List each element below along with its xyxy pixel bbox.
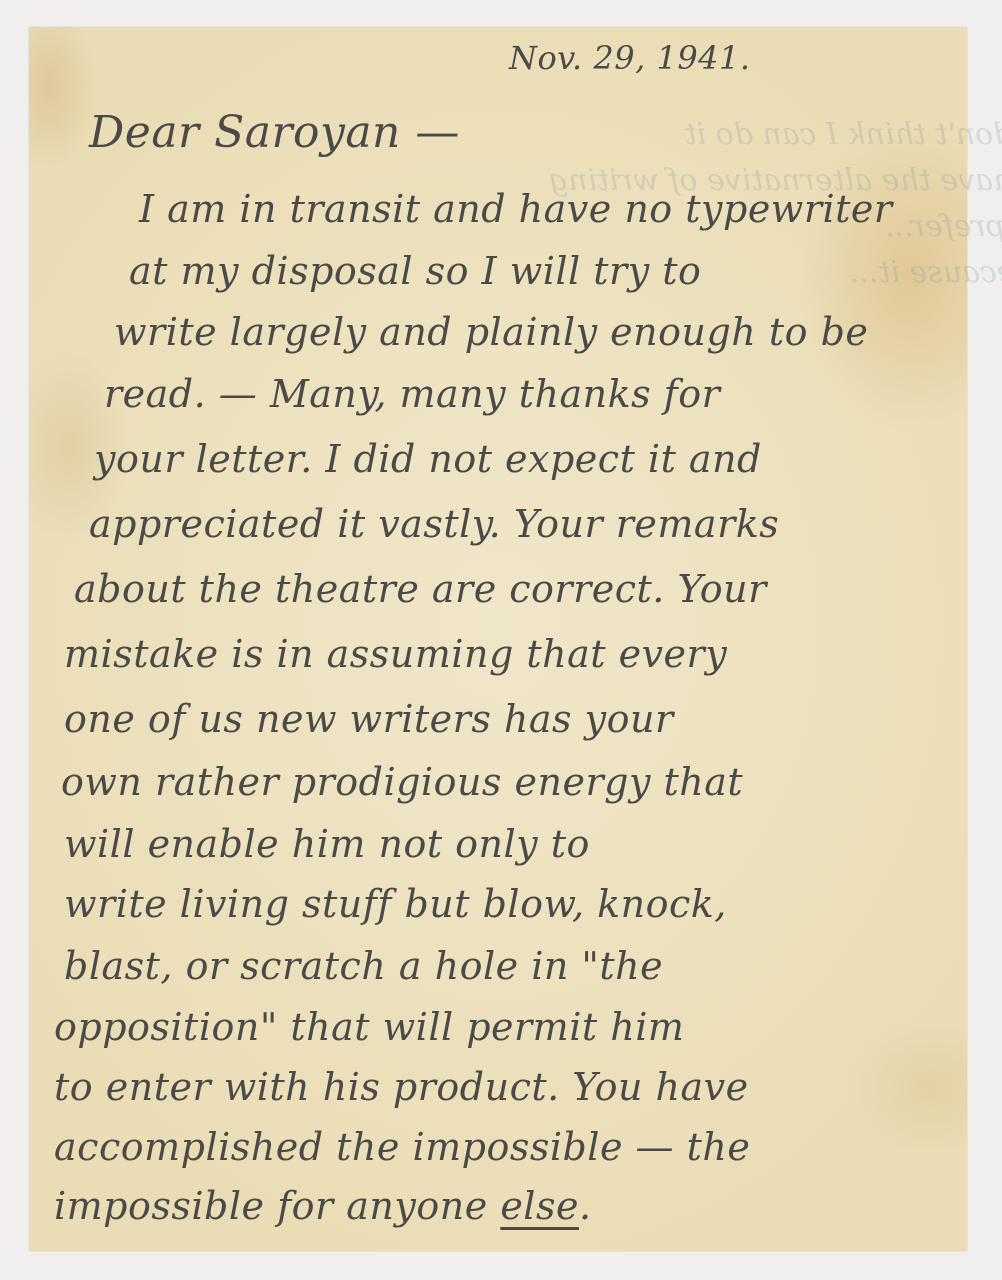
letter-line: your letter. I did not expect it and xyxy=(94,437,762,481)
closing-punctuation: . xyxy=(579,1184,592,1228)
letter-line: at my disposal so I will try to xyxy=(129,249,701,293)
letter-line: appreciated it vastly. Your remarks xyxy=(89,502,779,546)
letter-line: opposition" that will permit him xyxy=(54,1005,684,1049)
letter-line: accomplished the impossible — the xyxy=(54,1125,750,1169)
letter-last-line: impossible for anyone else. xyxy=(54,1184,592,1228)
letter-page: I don't think I can do it I have the alt… xyxy=(29,27,967,1251)
letter-salutation: Dear Saroyan — xyxy=(89,107,460,158)
letter-line: write living stuff but blow, knock, xyxy=(64,882,727,926)
letter-line: will enable him not only to xyxy=(64,822,590,866)
letter-line: read. — Many, many thanks for xyxy=(104,372,720,416)
emphasized-word: else xyxy=(500,1184,579,1228)
letter-line: about the theatre are correct. Your xyxy=(74,567,767,611)
letter-line: blast, or scratch a hole in "the xyxy=(64,944,663,988)
letter-line-text: impossible for anyone xyxy=(54,1184,488,1228)
letter-line: I am in transit and have no typewriter xyxy=(139,187,893,231)
letter-line: write largely and plainly enough to be xyxy=(114,310,868,354)
letter-line: to enter with his product. You have xyxy=(54,1065,749,1109)
letter-line: one of us new writers has your xyxy=(64,697,674,741)
letter-date: Nov. 29, 1941. xyxy=(509,39,751,77)
letter-line: own rather prodigious energy that xyxy=(61,760,743,804)
letter-line: mistake is in assuming that every xyxy=(64,632,727,676)
